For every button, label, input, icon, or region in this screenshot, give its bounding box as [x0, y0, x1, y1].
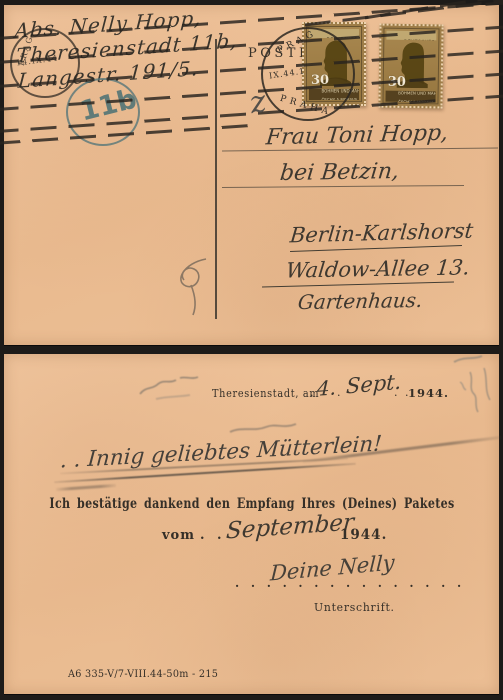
greeting-handwritten: . . Innig geliebtes Mütterlein! [59, 432, 382, 474]
dateline-year: 1944. [408, 386, 449, 400]
address-rule [222, 185, 464, 188]
dateline: Theresienstadt, am . 4. . Sept. . . 1944… [4, 384, 499, 406]
address-line-1: Frau Toni Hopp, [265, 121, 449, 151]
stamp-frame: DEUTSCHES REICH 30 BÖHMEN UND MÄHREN ČEC… [382, 28, 439, 105]
address-line-4: Waldow-Allee 13. [285, 255, 471, 282]
vom-label: vom [162, 528, 195, 543]
vom-year: 1944. [340, 527, 387, 543]
postage-stamp: DEUTSCHES REICH 30 BÖHMEN UND MÄHREN ČEC… [378, 24, 443, 109]
dateline-dots: . [337, 386, 343, 399]
month-handwritten: September [225, 509, 355, 544]
postcard-front: POSTKARTE Abs. Nelly Hopp, Theresienstad… [4, 5, 499, 345]
address-line-2: bei Betzin, [279, 159, 401, 186]
stamp-region-line-1: BÖHMEN UND MÄHREN [398, 91, 423, 96]
postmark-circle-left: PRAG 14.IX.44 [10, 28, 80, 98]
address-line-5: Gartenhaus. [297, 288, 424, 314]
vom-dots: . . [200, 528, 226, 543]
pencil-strike [56, 484, 116, 491]
confirmation-line: Ich bestätige dankend den Empfang Ihres … [49, 496, 454, 512]
vom-row: vom . . September 1944. [4, 522, 499, 552]
dateline-day-handwritten: 4. [317, 375, 337, 400]
postcard-back: Theresienstadt, am . 4. . Sept. . . 1944… [4, 354, 499, 694]
postmark-date: IX.44.1 [269, 67, 306, 81]
address-rule [222, 148, 498, 152]
dateline-place: Theresienstadt, am [212, 387, 319, 400]
pencil-squiggle [166, 253, 218, 317]
signature-label: Unterschrift. [314, 600, 395, 614]
print-code: A6 335-V/7-VIII.44-50m - 215 [68, 668, 218, 680]
postmark-city-bottom: PRAHA [279, 94, 333, 118]
dateline-dots: . [310, 386, 316, 399]
address-line-3: Berlin-Karlshorst [289, 219, 474, 248]
